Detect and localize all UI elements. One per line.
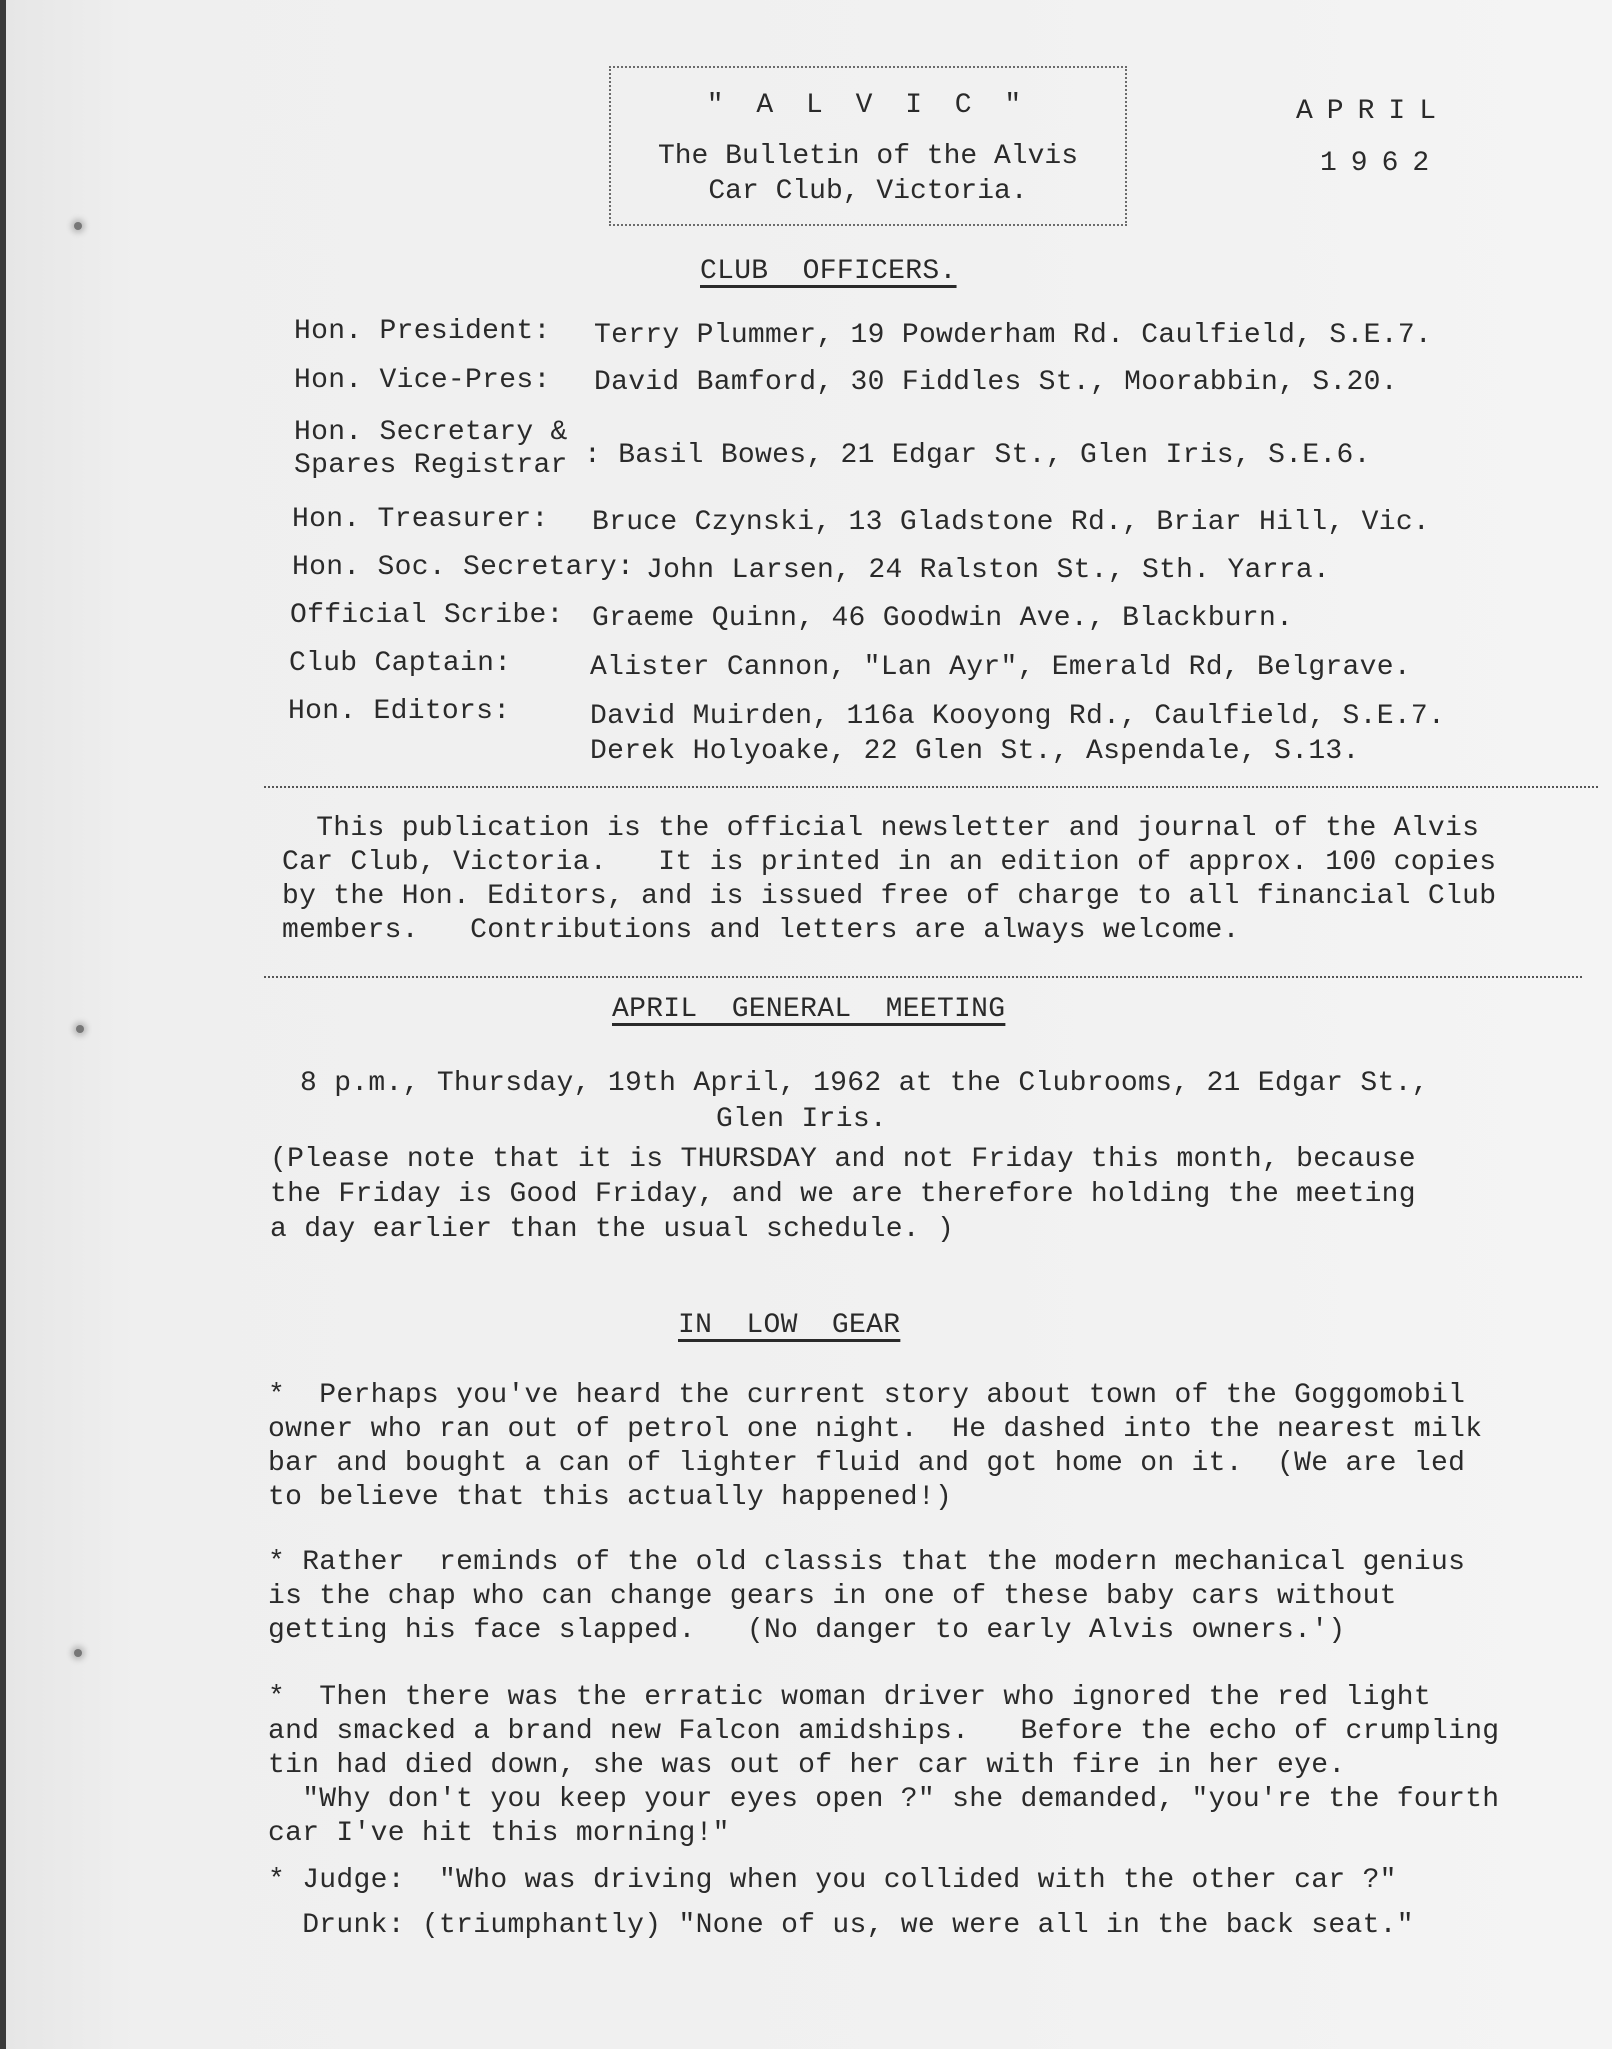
masthead-box: " A L V I C " The Bulletin of the Alvis …: [609, 66, 1127, 226]
joke-line: "Why don't you keep your eyes open ?" sh…: [268, 1786, 1499, 1814]
low-gear-heading: IN LOW GEAR: [678, 1312, 900, 1340]
bulletin-page: " A L V I C " The Bulletin of the Alvis …: [6, 0, 1612, 2049]
joke-line: * Judge: "Who was driving when you colli…: [268, 1867, 1397, 1895]
note-line: This publication is the official newslet…: [282, 815, 1479, 843]
joke-line: bar and bought a can of lighter fluid an…: [268, 1450, 1465, 1478]
joke-line: * Then there was the erratic woman drive…: [268, 1684, 1431, 1712]
officer-role: Official Scribe:: [290, 602, 564, 630]
joke-line: * Rather reminds of the old classis that…: [268, 1549, 1465, 1577]
joke-line: * Perhaps you've heard the current story…: [268, 1382, 1465, 1410]
divider-dotted: [264, 976, 1582, 978]
officer-role: Hon. Secretary &: [294, 419, 568, 447]
masthead-title: " A L V I C ": [611, 90, 1125, 121]
meeting-note-line: (Please note that it is THURSDAY and not…: [270, 1146, 1416, 1174]
joke-line: owner who ran out of petrol one night. H…: [268, 1416, 1482, 1444]
punch-hole: [76, 1025, 84, 1033]
general-meeting-heading: APRIL GENERAL MEETING: [612, 996, 1005, 1024]
officer-details: David Bamford, 30 Fiddles St., Moorabbin…: [594, 369, 1398, 397]
divider-dotted: [264, 786, 1598, 788]
officer-details: Graeme Quinn, 46 Goodwin Ave., Blackburn…: [592, 605, 1293, 633]
officer-details: John Larsen, 24 Ralston St., Sth. Yarra.: [646, 557, 1330, 585]
note-line: by the Hon. Editors, and is issued free …: [282, 883, 1496, 911]
officer-role: Hon. Treasurer:: [292, 506, 549, 534]
officer-details: Alister Cannon, "Lan Ayr", Emerald Rd, B…: [590, 654, 1411, 682]
officer-role: Hon. Editors:: [288, 698, 510, 726]
joke-line: to believe that this actually happened!): [268, 1484, 952, 1512]
officer-role: Spares Registrar: [294, 452, 568, 480]
joke-line: tin had died down, she was out of her ca…: [268, 1752, 1345, 1780]
issue-year: 1962: [1320, 150, 1443, 178]
officer-details: Terry Plummer, 19 Powderham Rd. Caulfiel…: [594, 322, 1432, 350]
masthead-subtitle-line1: The Bulletin of the Alvis: [611, 141, 1125, 172]
officer-role: Club Captain:: [289, 650, 511, 678]
joke-line: car I've hit this morning!": [268, 1820, 730, 1848]
club-officers-heading: CLUB OFFICERS.: [700, 258, 957, 286]
meeting-when: 8 p.m., Thursday, 19th April, 1962 at th…: [300, 1070, 1429, 1098]
officer-details: Derek Holyoake, 22 Glen St., Aspendale, …: [590, 738, 1360, 766]
issue-month: APRIL: [1296, 98, 1450, 126]
officer-role: Hon. Soc. Secretary:: [292, 554, 634, 582]
joke-line: getting his face slapped. (No danger to …: [268, 1617, 1345, 1645]
punch-hole: [74, 1649, 82, 1657]
meeting-where: Glen Iris.: [716, 1106, 887, 1134]
joke-line: is the chap who can change gears in one …: [268, 1583, 1397, 1611]
joke-line: and smacked a brand new Falcon amidships…: [268, 1718, 1499, 1746]
punch-hole: [74, 222, 82, 230]
masthead-subtitle-line2: Car Club, Victoria.: [611, 176, 1125, 207]
officer-role: Hon. President:: [294, 318, 551, 346]
officer-details: David Muirden, 116a Kooyong Rd., Caulfie…: [590, 703, 1445, 731]
note-line: Car Club, Victoria. It is printed in an …: [282, 849, 1496, 877]
joke-line: Drunk: (triumphantly) "None of us, we we…: [268, 1912, 1414, 1940]
officer-details: Bruce Czynski, 13 Gladstone Rd., Briar H…: [592, 509, 1430, 537]
note-line: members. Contributions and letters are a…: [282, 917, 1240, 945]
officer-role: Hon. Vice-Pres:: [294, 367, 551, 395]
meeting-note-line: the Friday is Good Friday, and we are th…: [270, 1181, 1416, 1209]
officer-details: : Basil Bowes, 21 Edgar St., Glen Iris, …: [584, 442, 1371, 470]
meeting-note-line: a day earlier than the usual schedule. ): [270, 1216, 954, 1244]
